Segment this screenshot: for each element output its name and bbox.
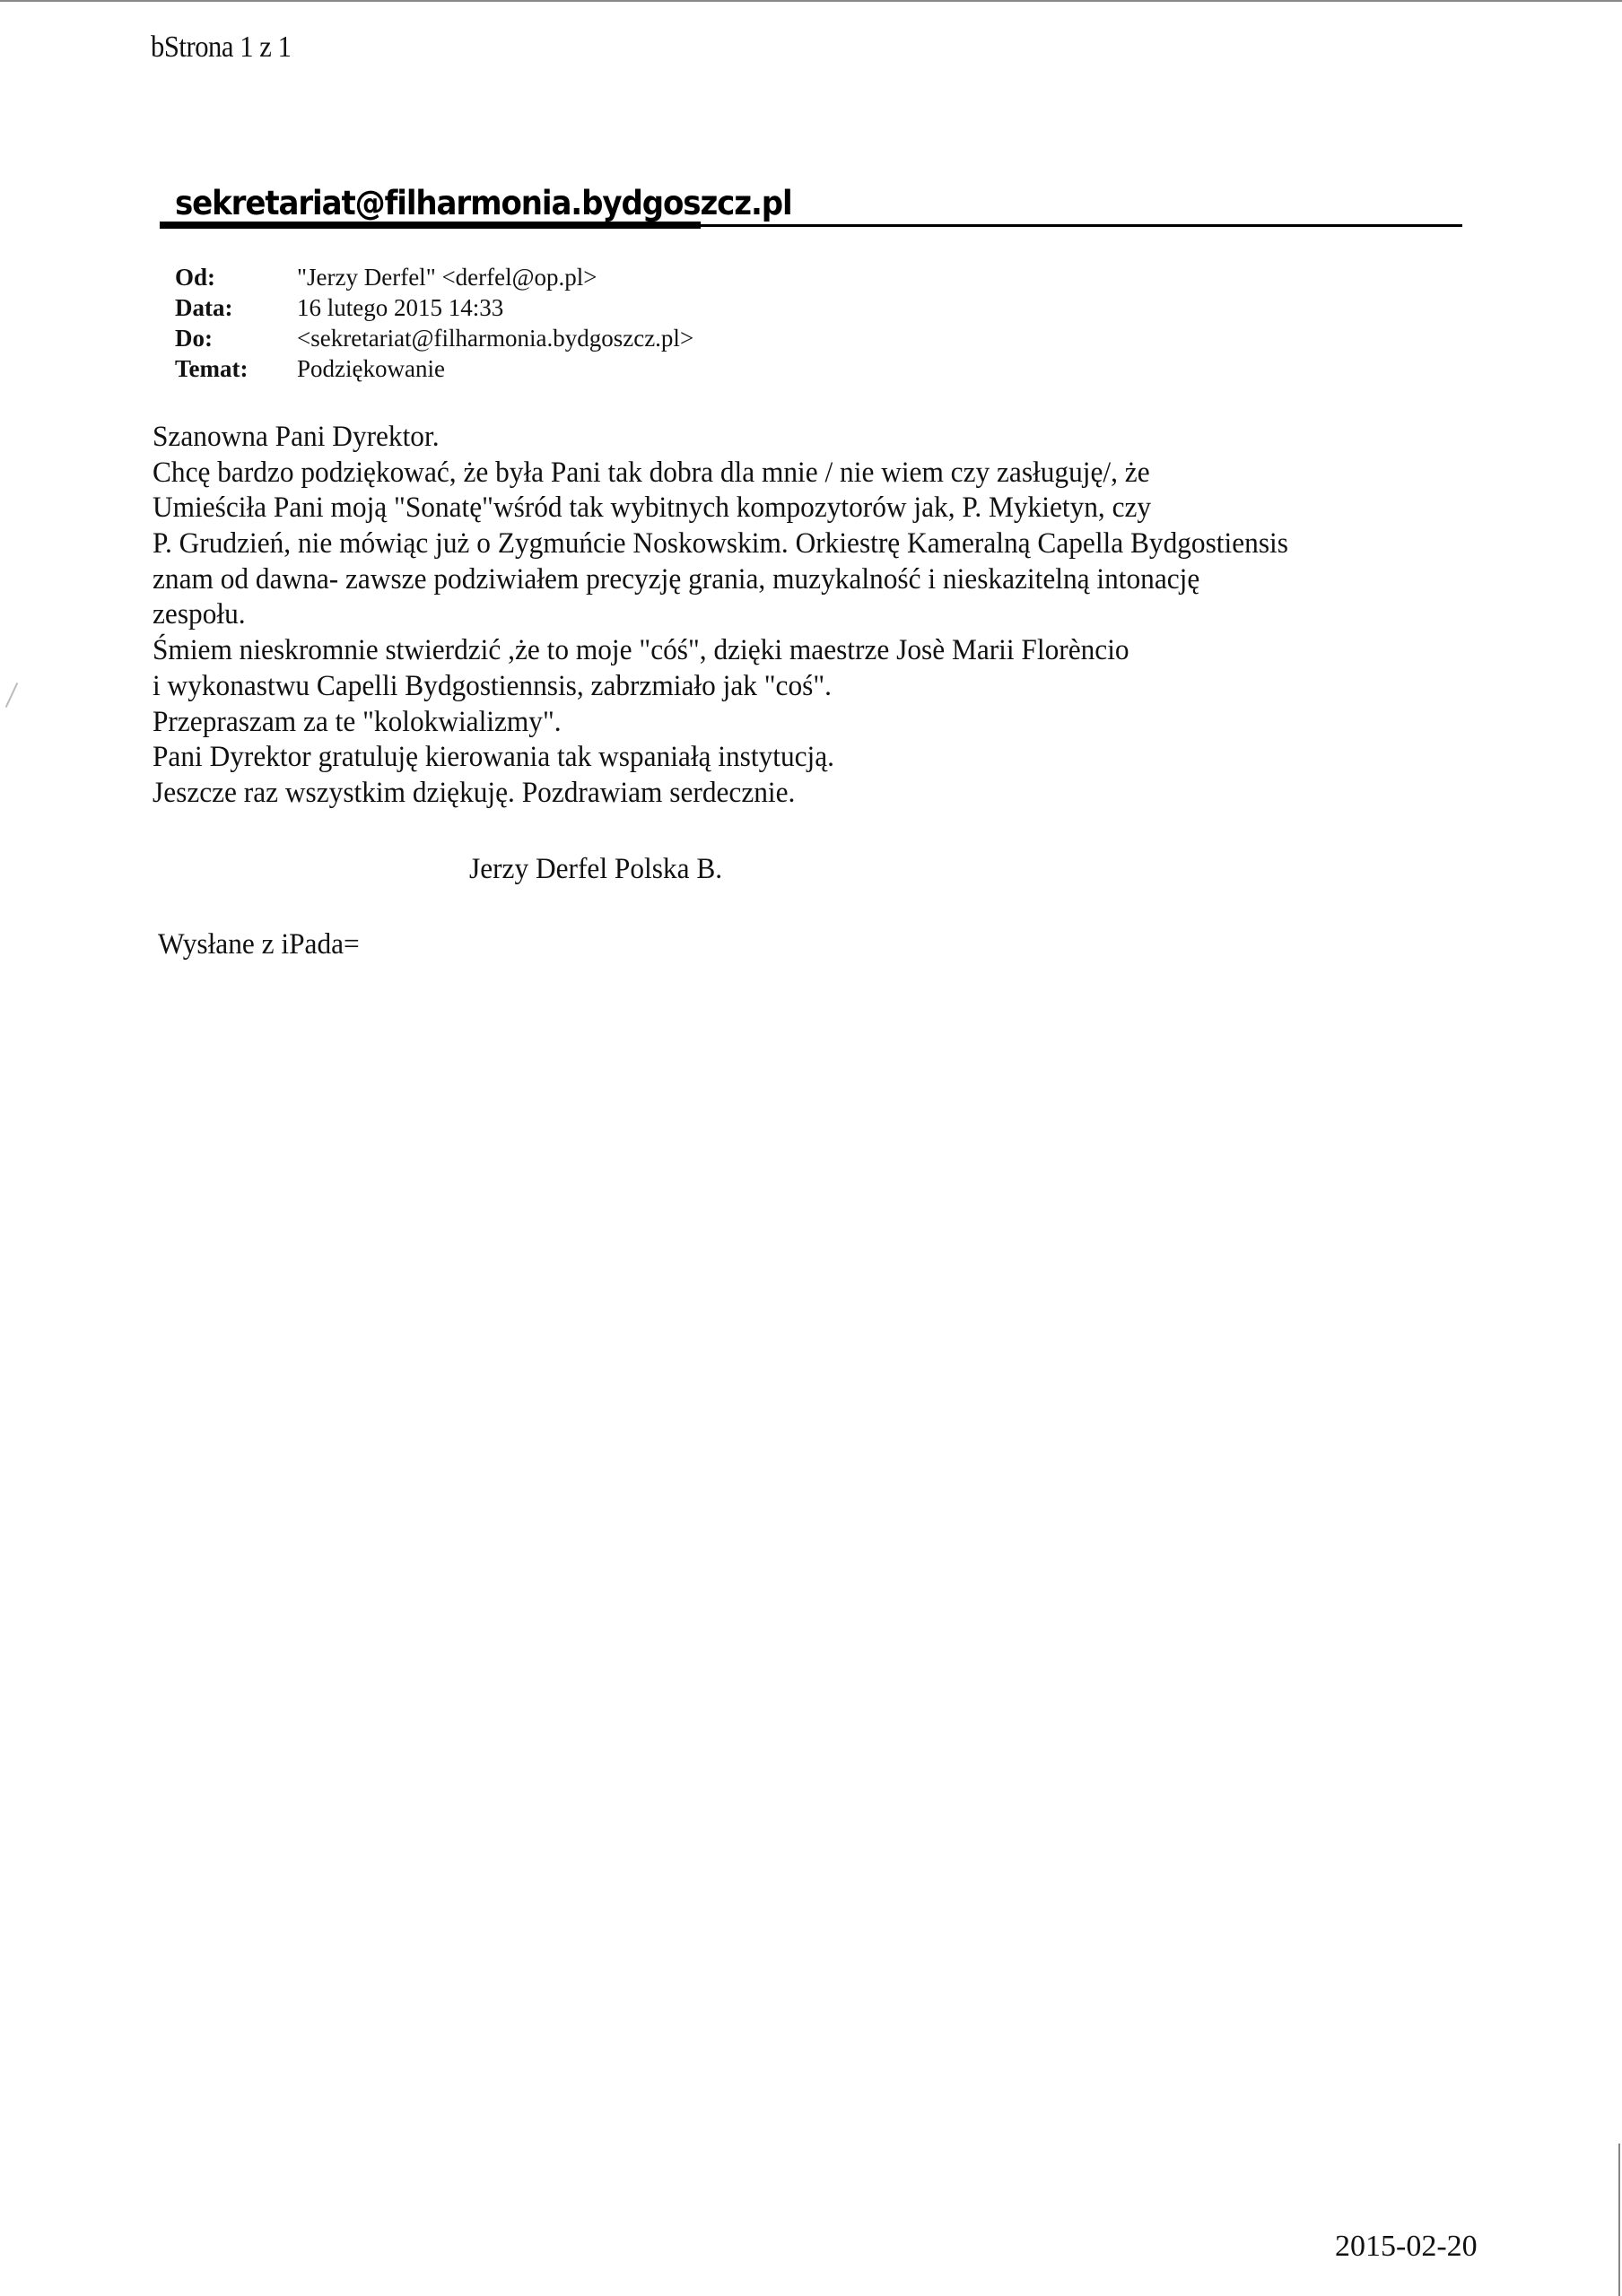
sent-from-footer: Wysłane z iPada= xyxy=(158,928,360,961)
body-line: Umieściła Pani moją "Sonatę"wśród tak wy… xyxy=(153,491,1431,526)
body-line: Śmiem nieskromnie stwierdzić ,że to moje… xyxy=(153,633,1431,669)
header-value-subject: Podziękowanie xyxy=(297,353,445,384)
body-line: Pani Dyrektor gratuluję kierowania tak w… xyxy=(153,740,1431,776)
body-line: i wykonastwu Capelli Bydgostiennsis, zab… xyxy=(153,669,1431,705)
heading-divider-thick xyxy=(160,222,701,229)
header-label-from: Od: xyxy=(175,262,297,292)
received-date-stamp: 2015-02-20 xyxy=(1335,2230,1478,2264)
body-line: Szanowna Pani Dyrektor. xyxy=(153,420,1431,456)
header-label-to: Do: xyxy=(175,323,297,353)
header-value-to: <sekretariat@filharmonia.bydgoszcz.pl> xyxy=(297,323,693,353)
header-row-to: Do: <sekretariat@filharmonia.bydgoszcz.p… xyxy=(175,323,693,353)
signature: Jerzy Derfel Polska B. xyxy=(469,853,722,886)
email-header-table: Od: "Jerzy Derfel" <derfel@op.pl> Data: … xyxy=(175,262,693,384)
body-line: Chcę bardzo podziękować, że była Pani ta… xyxy=(153,456,1431,491)
body-line: P. Grudzień, nie mówiąc już o Zygmuńcie … xyxy=(153,526,1431,562)
header-value-date: 16 lutego 2015 14:33 xyxy=(297,292,503,323)
scan-right-edge-mark xyxy=(1618,2144,1620,2296)
scan-top-edge xyxy=(0,0,1622,2)
header-row-from: Od: "Jerzy Derfel" <derfel@op.pl> xyxy=(175,262,693,292)
header-row-date: Data: 16 lutego 2015 14:33 xyxy=(175,292,693,323)
header-value-from: "Jerzy Derfel" <derfel@op.pl> xyxy=(297,262,597,292)
body-line: Jeszcze raz wszystkim dziękuję. Pozdrawi… xyxy=(153,776,1431,812)
body-line: zespołu. xyxy=(153,597,1431,633)
body-line: znam od dawna- zawsze podziwiałem precyz… xyxy=(153,562,1431,598)
scan-margin-mark xyxy=(5,683,18,708)
body-line: Przepraszam za te "kolokwializmy". xyxy=(153,705,1431,741)
page-indicator: bStrona 1 z 1 xyxy=(151,30,291,65)
header-row-subject: Temat: Podziękowanie xyxy=(175,353,693,384)
mailbox-address-heading: sekretariat@filharmonia.bydgoszcz.pl xyxy=(175,184,792,222)
header-label-date: Data: xyxy=(175,292,297,323)
header-label-subject: Temat: xyxy=(175,353,297,384)
email-body: Szanowna Pani Dyrektor. Chcę bardzo podz… xyxy=(153,420,1431,812)
